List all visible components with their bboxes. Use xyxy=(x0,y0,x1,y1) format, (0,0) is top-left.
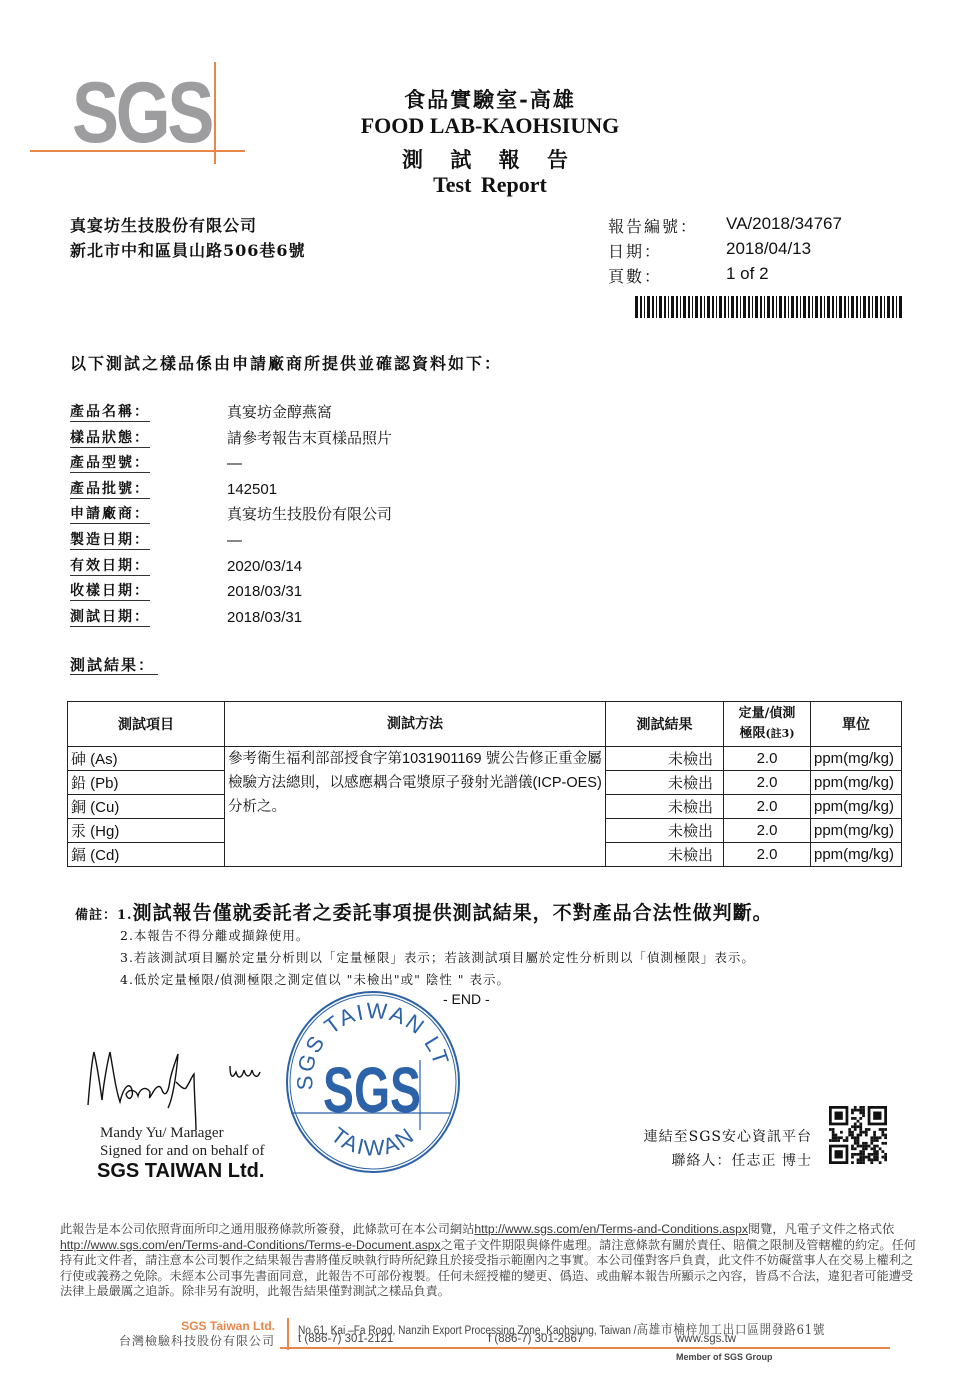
field-label: 有效日期： xyxy=(70,557,150,576)
cell-unit: ppm(mg/kg) xyxy=(811,771,902,795)
cell-limit: 2.0 xyxy=(724,795,811,819)
cell-limit: 2.0 xyxy=(724,819,811,843)
header-limit: 定量/偵測 極限(註3) xyxy=(724,702,811,747)
stamp-center-text: SGS xyxy=(323,1054,421,1126)
note-2: 2.本報告不得分離或擷錄使用。 xyxy=(120,926,309,944)
intro-text: 以下測試之樣品係由申請廠商所提供並確認資料如下： xyxy=(70,351,502,374)
cell-unit: ppm(mg/kg) xyxy=(811,747,902,771)
lab-name-zh: 食品實驗室-高雄 xyxy=(300,84,680,114)
field-value: — xyxy=(227,455,242,473)
report-date-value: 2018/04/13 xyxy=(726,239,811,259)
signature-image xyxy=(80,1030,280,1130)
report-date-label: 日期： xyxy=(608,239,662,262)
header-test-result: 測試結果 xyxy=(606,702,724,747)
disclaimer-part1: 此報告是本公司依照背面所印之通用服務條款所簽發，此條款可在本公司網站 xyxy=(60,1222,474,1236)
notes: 備註：1.測試報告僅就委託者之委託事項提供測試結果，不對產品合法性做判斷。 2.… xyxy=(75,898,773,925)
disclaimer-part2: 閱覽，凡電子文件之格式依 xyxy=(748,1222,894,1236)
signer-company: SGS TAIWAN Ltd. xyxy=(97,1160,264,1183)
page-count-value: 1 of 2 xyxy=(726,264,769,284)
lab-name-en: FOOD LAB-KAOHSIUNG xyxy=(300,113,680,139)
terms-link[interactable]: http://www.sgs.com/en/Terms-and-Conditio… xyxy=(474,1222,748,1236)
cell-test-result: 未檢出 xyxy=(606,819,724,843)
cell-test-item: 汞 (Hg) xyxy=(68,819,225,843)
footer-company-zh: 台灣檢驗科技股份有限公司 xyxy=(100,1332,275,1349)
footer-fax: f (886-7) 301-2867 xyxy=(488,1333,583,1345)
cell-test-result: 未檢出 xyxy=(606,771,724,795)
field-label: 製造日期： xyxy=(70,531,150,550)
cell-limit: 2.0 xyxy=(724,771,811,795)
terms-e-document-link[interactable]: http://www.sgs.com/en/Terms-and-Conditio… xyxy=(60,1238,441,1252)
field-label: 產品型號： xyxy=(70,454,150,473)
cell-test-item: 鉛 (Pb) xyxy=(68,771,225,795)
field-label: 申請廠商： xyxy=(70,505,150,524)
cell-test-result: 未檢出 xyxy=(606,747,724,771)
field-label: 收樣日期： xyxy=(70,582,150,601)
header-limit-line2: 極限(註3) xyxy=(727,724,807,744)
results-title: 測試結果： xyxy=(70,656,158,675)
sgs-stamp: SGS TAIWAN LTD TAIWAN SGS xyxy=(283,990,463,1175)
cell-test-item: 鎘 (Cd) xyxy=(68,843,225,867)
sgs-platform-link[interactable]: 連結至SGS安心資訊平台 xyxy=(632,1126,812,1146)
page-count-label: 頁數： xyxy=(608,264,662,287)
cell-test-item: 砷 (As) xyxy=(68,747,225,771)
note-1-text: 測試報告僅就委託者之委託事項提供測試結果，不對產品合法性做判斷。 xyxy=(133,902,773,924)
table-row: 砷 (As)參考衛生福利部部授食字第1031901169 號公告修正重金屬檢驗方… xyxy=(68,747,902,771)
barcode xyxy=(635,296,905,318)
header-test-item: 測試項目 xyxy=(68,702,225,747)
footer-website-link[interactable]: www.sgs.tw xyxy=(676,1333,736,1345)
table-header-row: 測試項目 測試方法 測試結果 定量/偵測 極限(註3) 單位 xyxy=(68,702,902,747)
qr-code[interactable] xyxy=(829,1106,887,1164)
note-4: 4.低於定量極限/偵測極限之測定值以 "未檢出"或" 陰性 " 表示。 xyxy=(120,970,510,988)
field-label: 產品名稱： xyxy=(70,403,150,422)
footer-member: Member of SGS Group xyxy=(676,1352,773,1362)
logo-vertical-line xyxy=(214,62,216,164)
footer-divider-vertical xyxy=(287,1318,289,1350)
report-number-label: 報告編號： xyxy=(608,214,698,237)
field-value: 2020/03/14 xyxy=(227,558,302,576)
sgs-logo: SGS xyxy=(30,62,245,164)
cell-test-result: 未檢出 xyxy=(606,843,724,867)
header-limit-note: (註3) xyxy=(765,727,794,740)
note-prefix: 備註：1. xyxy=(75,908,133,923)
logo-horizontal-line xyxy=(30,150,245,152)
cell-unit: ppm(mg/kg) xyxy=(811,795,902,819)
results-table: 測試項目 測試方法 測試結果 定量/偵測 極限(註3) 單位 砷 (As)參考衛… xyxy=(67,701,902,867)
note-1: 備註：1.測試報告僅就委託者之委託事項提供測試結果，不對產品合法性做判斷。 xyxy=(75,898,773,925)
header-limit-text: 極限 xyxy=(739,726,765,741)
cell-test-result: 未檢出 xyxy=(606,795,724,819)
contact-person: 聯絡人：任志正 博士 xyxy=(632,1150,812,1170)
cell-test-method: 參考衛生福利部部授食字第1031901169 號公告修正重金屬檢驗方法總則，以感… xyxy=(225,747,606,867)
disclaimer: 此報告是本公司依照背面所印之通用服務條款所簽發，此條款可在本公司網站http:/… xyxy=(60,1222,922,1300)
field-value: 2018/03/31 xyxy=(227,583,302,601)
field-value: 2018/03/31 xyxy=(227,609,302,627)
doc-type-en: Test Report xyxy=(300,172,680,198)
header-limit-line1: 定量/偵測 xyxy=(727,704,807,724)
report-number-value: VA/2018/34767 xyxy=(726,214,842,234)
field-value: 真宴坊生技股份有限公司 xyxy=(227,506,392,524)
field-label: 測試日期： xyxy=(70,608,150,627)
cell-test-item: 銅 (Cu) xyxy=(68,795,225,819)
stamp-bottom-text: TAIWAN xyxy=(326,1122,419,1161)
field-label: 樣品狀態： xyxy=(70,429,150,448)
client-address: 新北市中和區員山路506巷6號 xyxy=(70,238,306,261)
footer-telephone: t (886-7) 301-2121 xyxy=(298,1333,393,1345)
signer-name-title: Mandy Yu/ Manager xyxy=(100,1125,224,1142)
cell-limit: 2.0 xyxy=(724,747,811,771)
field-label: 產品批號： xyxy=(70,480,150,499)
cell-limit: 2.0 xyxy=(724,843,811,867)
client-name: 真宴坊生技股份有限公司 xyxy=(70,213,257,236)
logo-text: SGS xyxy=(72,70,211,156)
footer-company-en: SGS Taiwan Ltd. xyxy=(100,1319,275,1333)
header-test-method: 測試方法 xyxy=(225,702,606,747)
doc-type-zh: 測 試 報 告 xyxy=(300,144,680,174)
header-unit: 單位 xyxy=(811,702,902,747)
field-value: 142501 xyxy=(227,481,277,499)
note-3: 3.若該測試項目屬於定量分析則以「定量極限」表示；若該測試項目屬於定性分析則以「… xyxy=(120,948,755,966)
signed-on-behalf: Signed for and on behalf of xyxy=(100,1143,265,1160)
field-value: — xyxy=(227,532,242,550)
footer-divider-horizontal xyxy=(280,1347,890,1349)
cell-unit: ppm(mg/kg) xyxy=(811,819,902,843)
svg-text:TAIWAN: TAIWAN xyxy=(326,1122,419,1161)
field-value: 真宴坊金醇燕窩 xyxy=(227,404,332,422)
cell-unit: ppm(mg/kg) xyxy=(811,843,902,867)
field-value: 請參考報告末頁樣品照片 xyxy=(227,430,392,448)
